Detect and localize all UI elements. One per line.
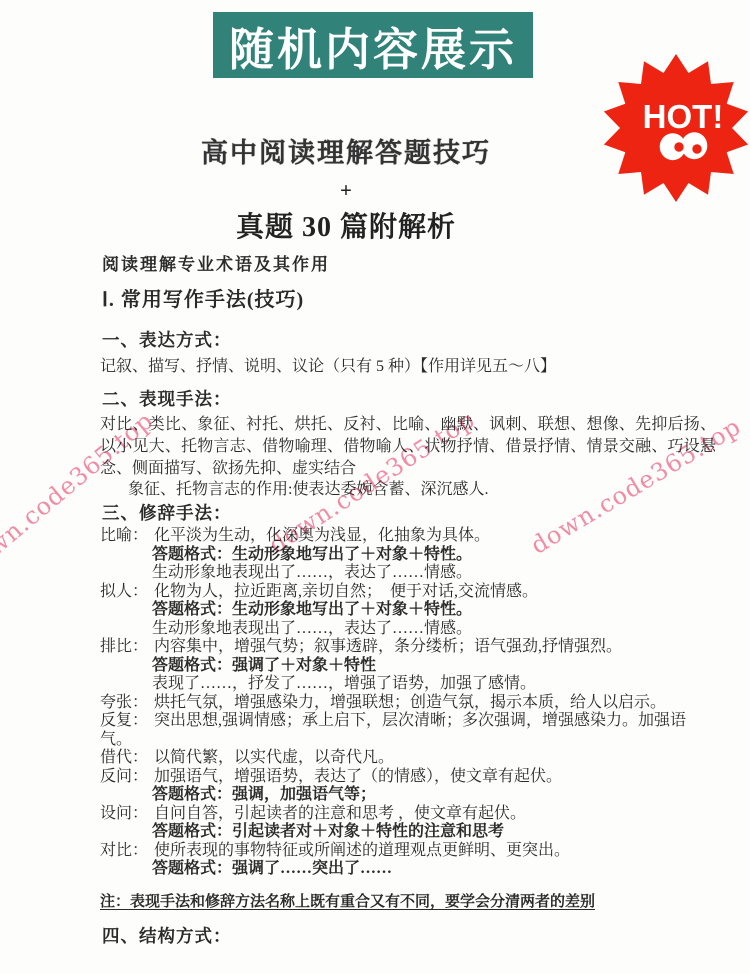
rhetoric-text: 答题格式：生动形象地写出了＋对象＋特性。: [152, 601, 472, 618]
rhetoric-line: 比喻：化平淡为生动，化深奥为浅显，化抽象为具体。: [100, 527, 716, 546]
rhetoric-term: 借代：: [100, 749, 148, 766]
heading-rhetoric: 三、修辞手法：: [102, 502, 716, 524]
title-line-1: 高中阅读理解答题技巧: [0, 138, 692, 168]
hot-label: HOT!: [643, 98, 724, 135]
heading-structure: 四、结构方式：: [102, 925, 716, 947]
rhetoric-line: 表现了……，抒发了……，增强了语势，加强了感情。: [100, 675, 716, 694]
rhetoric-text: 内容集中，增强气势；叙事透辟，条分缕析；语气强劲,抒情强烈。: [154, 638, 622, 655]
document-body: 阅读理解专业术语及其作用 Ⅰ. 常用写作手法(技巧) 一、表达方式： 记叙、描写…: [100, 254, 716, 947]
rhetoric-text: 突出思想,强调情感；承上启下，层次清晰；多次强调，增强感染力。加强语气。: [100, 712, 686, 748]
rhetoric-text: 生动形象地表现出了……，表达了……情感。: [152, 564, 472, 581]
rhetoric-line: 设问：自问自答，引起读者的注意和思考 ，使文章有起伏。: [100, 805, 716, 824]
rhetoric-text: 答题格式：强调，加强语气等；: [152, 786, 376, 803]
rhetoric-line: 生动形象地表现出了……，表达了……情感。: [100, 564, 716, 583]
rhetoric-text: 使所表现的事物特征或所阐述的道理观点更鲜明、更突出。: [154, 842, 570, 859]
rhetoric-term: 排比：: [100, 638, 148, 655]
title-line-2: 真题 30 篇附解析: [0, 213, 692, 243]
rhetoric-text: 答题格式：引起读者对＋对象＋特性的注意和思考: [152, 823, 504, 840]
rhetoric-text: 答题格式：生动形象地写出了＋对象＋特性。: [152, 546, 472, 563]
rhetoric-line: 答题格式：强调了＋对象＋特性: [100, 657, 716, 676]
paragraph-technique: 对比、类比、象征、衬托、烘托、反衬、比喻、幽默、讽刺、联想、想像、先抑后扬、以小…: [100, 414, 716, 480]
rhetoric-line: 拟人：化物为人，拉近距离,亲切自然； 便于对话,交流情感。: [100, 583, 716, 602]
rhetoric-line: 答题格式：生动形象地写出了＋对象＋特性。: [100, 546, 716, 565]
section-i-heading: Ⅰ. 常用写作手法(技巧): [102, 288, 716, 312]
rhetoric-line: 答题格式：生动形象地写出了＋对象＋特性。: [100, 601, 716, 620]
document-page: 随机内容展示 HOT! down.code365.top down.code36…: [0, 0, 750, 974]
rhetoric-text: 答题格式：强调了＋对象＋特性: [152, 657, 376, 674]
random-content-banner: 随机内容展示: [213, 12, 533, 78]
rhetoric-text: 表现了……，抒发了……，增强了语势，加强了感情。: [152, 675, 536, 692]
rhetoric-term: 对比：: [100, 842, 148, 859]
rhetoric-term: 比喻：: [100, 527, 148, 544]
paragraph-expression: 记叙、描写、抒情、说明、议论（只有 5 种）【作用详见五～八】: [100, 357, 716, 377]
rhetoric-text: 化平淡为生动，化深奥为浅显，化抽象为具体。: [154, 527, 490, 544]
document-title-block: 高中阅读理解答题技巧 + 真题 30 篇附解析: [0, 138, 692, 243]
rhetoric-line: 答题格式：强调，加强语气等；: [100, 786, 716, 805]
rhetoric-term: 夸张：: [100, 694, 148, 711]
rhetoric-line: 生动形象地表现出了……，表达了……情感。: [100, 620, 716, 639]
rhetoric-line: 排比：内容集中，增强气势；叙事透辟，条分缕析；语气强劲,抒情强烈。: [100, 638, 716, 657]
rhetoric-text: 生动形象地表现出了……，表达了……情感。: [152, 620, 472, 637]
rhetoric-text: 答题格式：强调了……突出了……: [152, 860, 392, 877]
rhetoric-text: 自问自答，引起读者的注意和思考 ，使文章有起伏。: [154, 805, 526, 822]
rhetoric-line: 反问：加强语气，增强语势，表达了（的情感），使文章有起伏。: [100, 768, 716, 787]
rhetoric-line: 夸张：烘托气氛，增强感染力，增强联想；创造气氛，揭示本质，给人以启示。: [100, 694, 716, 713]
subtitle: 阅读理解专业术语及其作用: [102, 254, 716, 275]
rhetoric-line: 反复：突出思想,强调情感；承上启下，层次清晰；多次强调，增强感染力。加强语气。: [100, 712, 716, 749]
rhetoric-text: 化物为人，拉近距离,亲切自然； 便于对话,交流情感。: [154, 583, 538, 600]
rhetoric-text: 烘托气氛，增强感染力，增强联想；创造气氛，揭示本质，给人以启示。: [154, 694, 666, 711]
heading-expression: 一、表达方式：: [102, 329, 716, 351]
plus-sign: +: [0, 176, 692, 204]
rhetoric-text: 加强语气，增强语势，表达了（的情感），使文章有起伏。: [154, 768, 562, 785]
rhetoric-text: 以简代繁，以实代虚，以奇代凡。: [154, 749, 394, 766]
rhetoric-term: 反问：: [100, 768, 148, 785]
rhetoric-line: 对比：使所表现的事物特征或所阐述的道理观点更鲜明、更突出。: [100, 842, 716, 861]
paragraph-technique-note: 象征、托物言志的作用:使表达委婉含蓄、深沉感人.: [100, 480, 716, 499]
rhetoric-line: 答题格式：引起读者对＋对象＋特性的注意和思考: [100, 823, 716, 842]
rhetoric-line: 借代：以简代繁，以实代虚，以奇代凡。: [100, 749, 716, 768]
rhetoric-term: 反复：: [100, 712, 148, 729]
heading-technique: 二、表现手法：: [102, 388, 716, 410]
note-line: 注：表现手法和修辞方法名称上既有重合又有不同，要学会分清两者的差别: [100, 892, 716, 913]
rhetoric-line: 答题格式：强调了……突出了……: [100, 860, 716, 879]
rhetoric-term: 拟人：: [100, 583, 148, 600]
rhetoric-term: 设问：: [100, 805, 148, 822]
note-text: 注：表现手法和修辞方法名称上既有重合又有不同，要学会分清两者的差别: [100, 894, 595, 910]
